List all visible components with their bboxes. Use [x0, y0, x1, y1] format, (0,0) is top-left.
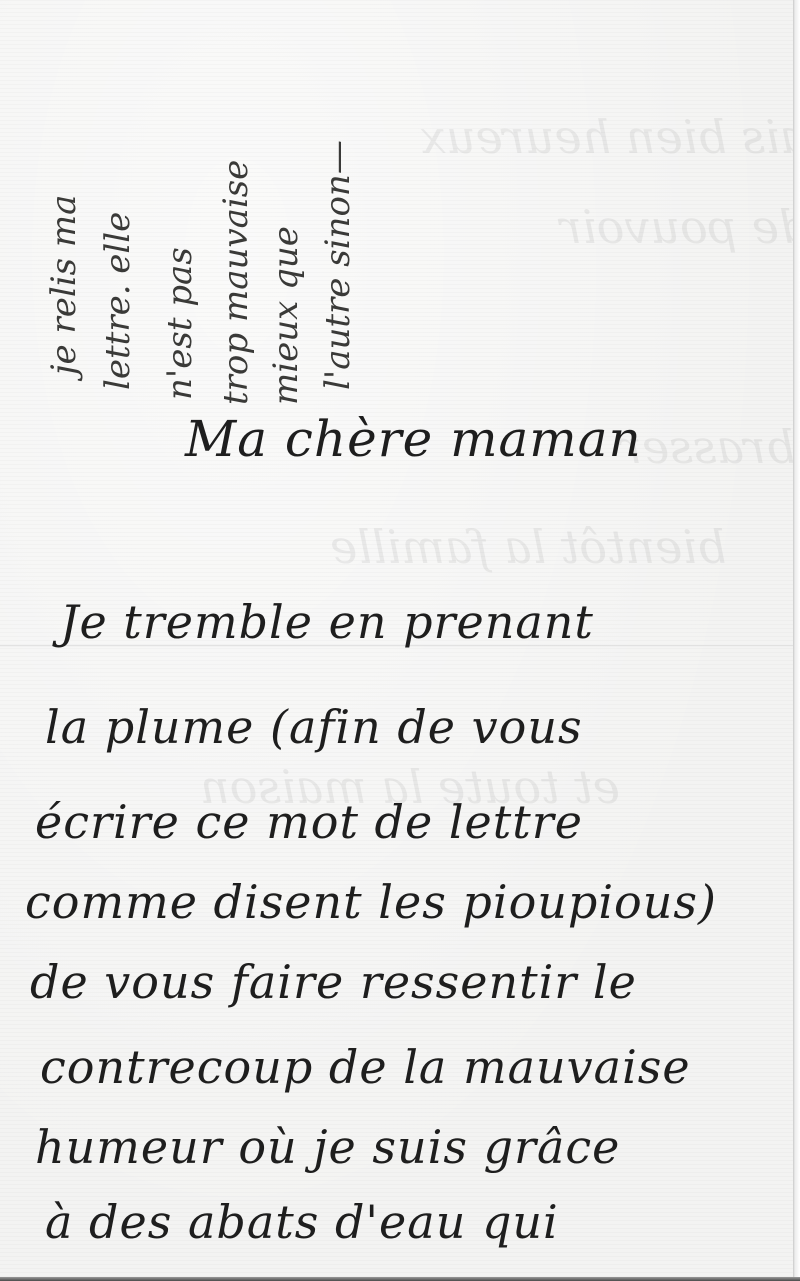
margin-note: je relis ma lettre. elle n'est pas trop …	[40, 60, 400, 390]
margin-note-line: lettre. elle	[98, 212, 138, 390]
show-through-text: Je serais bien heureux	[420, 110, 793, 164]
salutation: Ma chère maman	[185, 410, 642, 468]
page-edge-bottom	[0, 1277, 800, 1281]
letter-page: Je serais bien heureux de pouvoir embras…	[0, 0, 793, 1277]
body-line: Je tremble en prenant	[60, 595, 594, 649]
margin-note-line: n'est pas	[160, 247, 200, 400]
body-line: de vous faire ressentir le	[30, 955, 637, 1009]
body-line: la plume (afin de vous	[45, 700, 583, 754]
body-line: écrire ce mot de lettre	[35, 795, 583, 849]
margin-note-line: trop mauvaise	[216, 160, 256, 405]
show-through-text: de pouvoir	[560, 200, 793, 254]
show-through-text: embrasser	[620, 420, 793, 474]
margin-note-line: je relis ma	[44, 195, 84, 375]
body-line: humeur où je suis grâce	[35, 1120, 620, 1174]
body-line: à des abats d'eau qui	[45, 1195, 559, 1249]
margin-note-line: l'autre sinon—	[318, 140, 358, 390]
margin-note-line: mieux que	[266, 226, 306, 405]
show-through-text: bientôt la famille	[330, 520, 726, 574]
page-edge-right	[793, 0, 800, 1281]
body-line: contrecoup de la mauvaise	[40, 1040, 691, 1094]
body-line: comme disent les pioupious)	[25, 875, 717, 929]
